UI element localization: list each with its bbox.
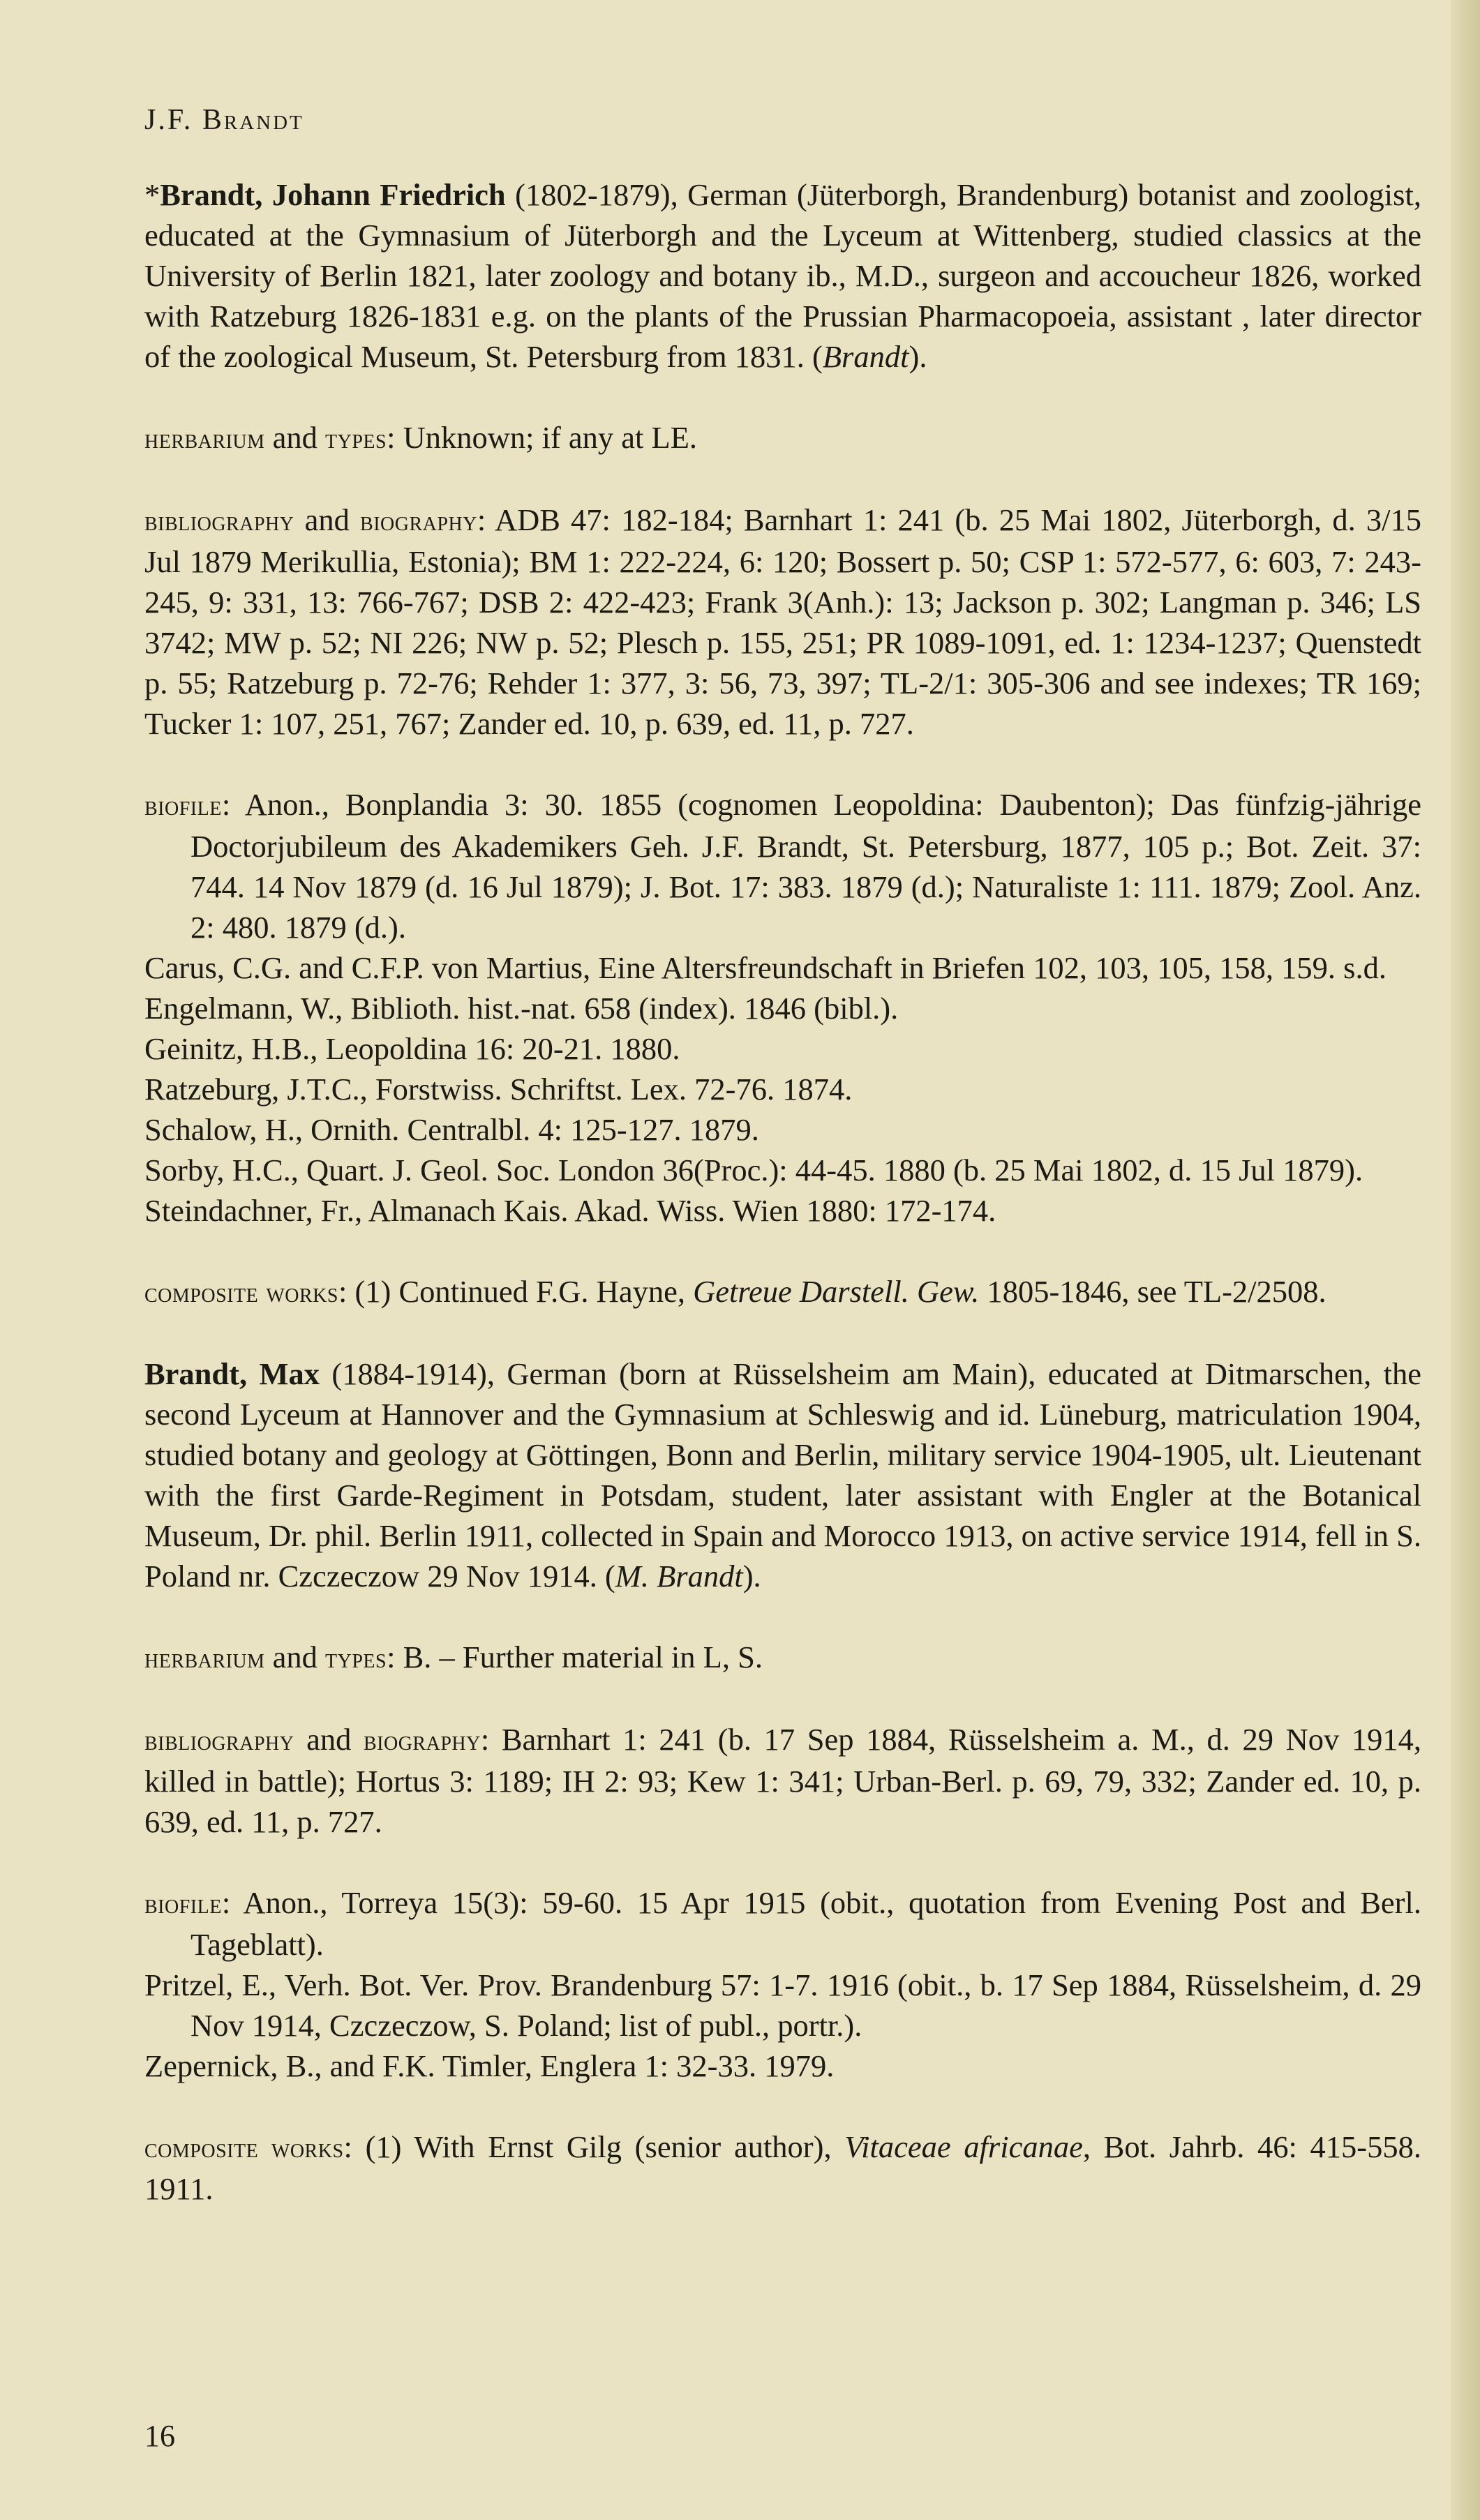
types-label: types <box>325 1642 387 1674</box>
entry-biography: Brandt, Max (1884-1914), German (born at… <box>144 1353 1421 1596</box>
composite-works-section: composite works: (1) With Ernst Gilg (se… <box>144 2127 1421 2209</box>
biofile-item: Zepernick, B., and F.K. Timler, Englera … <box>144 2046 1421 2086</box>
composite-works-section: composite works: (1) Continued F.G. Hayn… <box>144 1271 1421 1313</box>
spacer <box>144 744 1421 784</box>
herbarium-label: herbarium <box>144 1642 265 1674</box>
label-conjunction: and <box>294 502 360 537</box>
spacer <box>144 1842 1421 1882</box>
entry-bio-text: (1884-1914), German (born at Rüsselsheim… <box>144 1356 1421 1593</box>
label-conjunction: and <box>294 1722 364 1757</box>
spacer <box>144 377 1421 417</box>
entry-name: Brandt, Johann Friedrich <box>160 177 505 212</box>
composite-text: : (1) With Ernst Gilg (senior author), <box>344 2129 845 2164</box>
spacer <box>144 459 1421 500</box>
composite-label: composite <box>144 1277 258 1308</box>
spacer <box>144 1596 1421 1637</box>
biography-label: biography <box>364 1725 481 1756</box>
biofile-section: biofile: Anon., Torreya 15(3): 59-60. 15… <box>144 1882 1421 2086</box>
biofile-item: biofile: Anon., Torreya 15(3): 59-60. 15… <box>144 1882 1421 1965</box>
biofile-text: : Anon., Torreya 15(3): 59-60. 15 Apr 19… <box>190 1885 1421 1962</box>
bibliography-section: bibliography and biography: Barnhart 1: … <box>144 1719 1421 1842</box>
biofile-item: Pritzel, E., Verh. Bot. Ver. Prov. Brand… <box>144 1965 1421 2046</box>
herbarium-text: : B. – Further material in L, S. <box>387 1640 763 1674</box>
page-edge-shadow <box>1451 0 1480 2520</box>
composite-label: composite <box>144 2132 258 2163</box>
page-content: *Brandt, Johann Friedrich (1802-1879), G… <box>144 174 1421 2209</box>
paren-open: ( <box>812 339 823 374</box>
biofile-label: biofile <box>144 790 222 821</box>
herbarium-section: herbarium and types: B. – Further materi… <box>144 1637 1421 1679</box>
biography-label: biography <box>360 505 477 537</box>
types-label: types <box>325 423 387 454</box>
composite-text: 1805-1846, see TL-2/2508. <box>979 1274 1326 1309</box>
entry-max-brandt: Brandt, Max (1884-1914), German (born at… <box>144 1353 1421 2209</box>
label-conjunction: and <box>265 420 326 455</box>
paren-close: ). <box>909 339 927 374</box>
works-label: works <box>271 2132 344 2163</box>
biofile-label: biofile <box>144 1888 222 1919</box>
asterisk-marker: * <box>144 177 160 212</box>
biofile-text: : Anon., Bonplandia 3: 30. 1855 (cognome… <box>190 787 1421 945</box>
entry-jf-brandt: *Brandt, Johann Friedrich (1802-1879), G… <box>144 174 1421 1313</box>
bio-source: Brandt <box>823 339 909 374</box>
bibliography-label: bibliography <box>144 505 294 537</box>
biofile-item: Geinitz, H.B., Leopoldina 16: 20-21. 188… <box>144 1028 1421 1069</box>
herbarium-text: : Unknown; if any at LE. <box>387 420 697 455</box>
bibliography-label: bibliography <box>144 1725 294 1756</box>
composite-title: Getreue Darstell. Gew. <box>693 1274 979 1309</box>
biofile-item: Ratzeburg, J.T.C., Forstwiss. Schriftst.… <box>144 1069 1421 1109</box>
paren-close: ). <box>743 1559 761 1593</box>
biofile-item: Steindachner, Fr., Almanach Kais. Akad. … <box>144 1190 1421 1231</box>
page-number: 16 <box>144 2418 175 2454</box>
bibliography-section: bibliography and biography: ADB 47: 182-… <box>144 500 1421 744</box>
bibliography-text: : ADB 47: 182-184; Barnhart 1: 241 (b. 2… <box>144 502 1421 741</box>
entry-name: Brandt, Max <box>144 1356 320 1391</box>
spacer <box>144 1679 1421 1719</box>
composite-title: Vitaceae africanae <box>844 2129 1083 2164</box>
biofile-section: biofile: Anon., Bonplandia 3: 30. 1855 (… <box>144 784 1421 1231</box>
label-conjunction: and <box>265 1640 326 1674</box>
herbarium-label: herbarium <box>144 423 265 454</box>
composite-text: : (1) Continued F.G. Hayne, <box>338 1274 693 1309</box>
spacer <box>144 2086 1421 2127</box>
paren-open: ( <box>605 1559 615 1593</box>
spacer <box>144 1313 1421 1353</box>
biofile-item: Engelmann, W., Biblioth. hist.-nat. 658 … <box>144 988 1421 1028</box>
biofile-item: Sorby, H.C., Quart. J. Geol. Soc. London… <box>144 1150 1421 1190</box>
biofile-item: biofile: Anon., Bonplandia 3: 30. 1855 (… <box>144 784 1421 947</box>
biofile-item: Schalow, H., Ornith. Centralbl. 4: 125-1… <box>144 1109 1421 1150</box>
biofile-item: Carus, C.G. and C.F.P. von Martius, Eine… <box>144 947 1421 988</box>
spacer <box>144 1231 1421 1271</box>
entry-biography: *Brandt, Johann Friedrich (1802-1879), G… <box>144 174 1421 377</box>
bio-source: M. Brandt <box>615 1559 743 1593</box>
running-head: J.F. Brandt <box>144 103 304 137</box>
works-label: works <box>266 1277 338 1308</box>
herbarium-section: herbarium and types: Unknown; if any at … <box>144 417 1421 459</box>
